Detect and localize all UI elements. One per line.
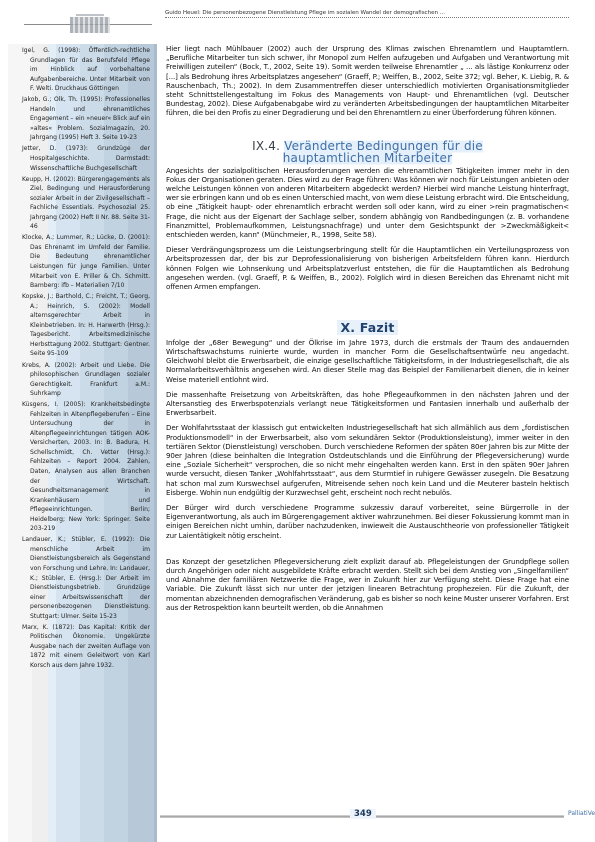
logo-top-stroke — [76, 14, 104, 16]
journal-name: PalliatiVer 06/06 — [564, 810, 595, 817]
body-paragraph: Dieser Verdrängungsprozess um die Leistu… — [166, 245, 569, 291]
reference-item: Landauer, K.; Stübler, E. (1992): Die me… — [22, 535, 150, 621]
reference-item: Marx, K. (1872): Das Kapital: Kritik der… — [22, 623, 150, 671]
reference-list: Igel, G. (1998): Öffentlich-rechtliche G… — [22, 46, 150, 672]
body-paragraph: Der Bürger wird durch verschiedene Progr… — [166, 503, 569, 540]
section-title: X. Fazit — [337, 320, 397, 335]
reference-item: Küsgens, I. (2005): Krankheitsbedingte F… — [22, 400, 150, 534]
intro-paragraph: Hier liegt nach Mühlbauer (2002) auch de… — [166, 44, 569, 118]
body-paragraph: Die massenhafte Freisetzung von Arbeitsk… — [166, 390, 569, 418]
reference-item: Igel, G. (1998): Öffentlich-rechtliche G… — [22, 46, 150, 94]
references-sidebar: Igel, G. (1998): Öffentlich-rechtliche G… — [8, 44, 157, 842]
reference-item: Krebs, A. (2002): Arbeit und Liebe. Die … — [22, 361, 150, 399]
reference-item: Jakob, G.; Olk, Th. (1995): Professionel… — [22, 95, 150, 143]
section-number: IX.4. — [252, 139, 280, 153]
logo-mark — [70, 17, 110, 33]
body-paragraph: Der Wohlfahrtsstaat der klassisch gut en… — [166, 423, 569, 497]
section-heading-ix4: IX.4. Veränderte Bedingungen für die hau… — [166, 140, 569, 165]
reference-item: Klocke, A.; Lummer, R.; Lücke, D. (2001)… — [22, 233, 150, 290]
reference-item: Kopske, J.; Barthold, C.; Freicht, T.; G… — [22, 292, 150, 359]
body-paragraph: Das Konzept der gesetzlichen Pflegeversi… — [166, 557, 569, 612]
reference-item: Keupp, H. (2002): Bürgerengagements als … — [22, 175, 150, 232]
body-paragraph: Infolge der „68er Bewegung“ und der Ölkr… — [166, 338, 569, 384]
body-paragraph: Angesichts der sozialpolitischen Herausf… — [166, 166, 569, 240]
section-heading-fazit: X. Fazit — [166, 322, 569, 335]
section-title-line2: hauptamtlichen Mitarbeiter — [283, 151, 453, 165]
main-text-column: Hier liegt nach Mühlbauer (2002) auch de… — [166, 44, 569, 618]
journal-logo-icon — [24, 14, 152, 36]
running-head: Guido Heuel: Die personenbezogene Dienst… — [165, 10, 569, 18]
page-footer: 349 PalliatiVer 06/06 — [160, 810, 595, 822]
reference-item: Jetter, D. (1973): Grundzüge der Hospita… — [22, 144, 150, 173]
page-number: 349 — [350, 809, 376, 819]
